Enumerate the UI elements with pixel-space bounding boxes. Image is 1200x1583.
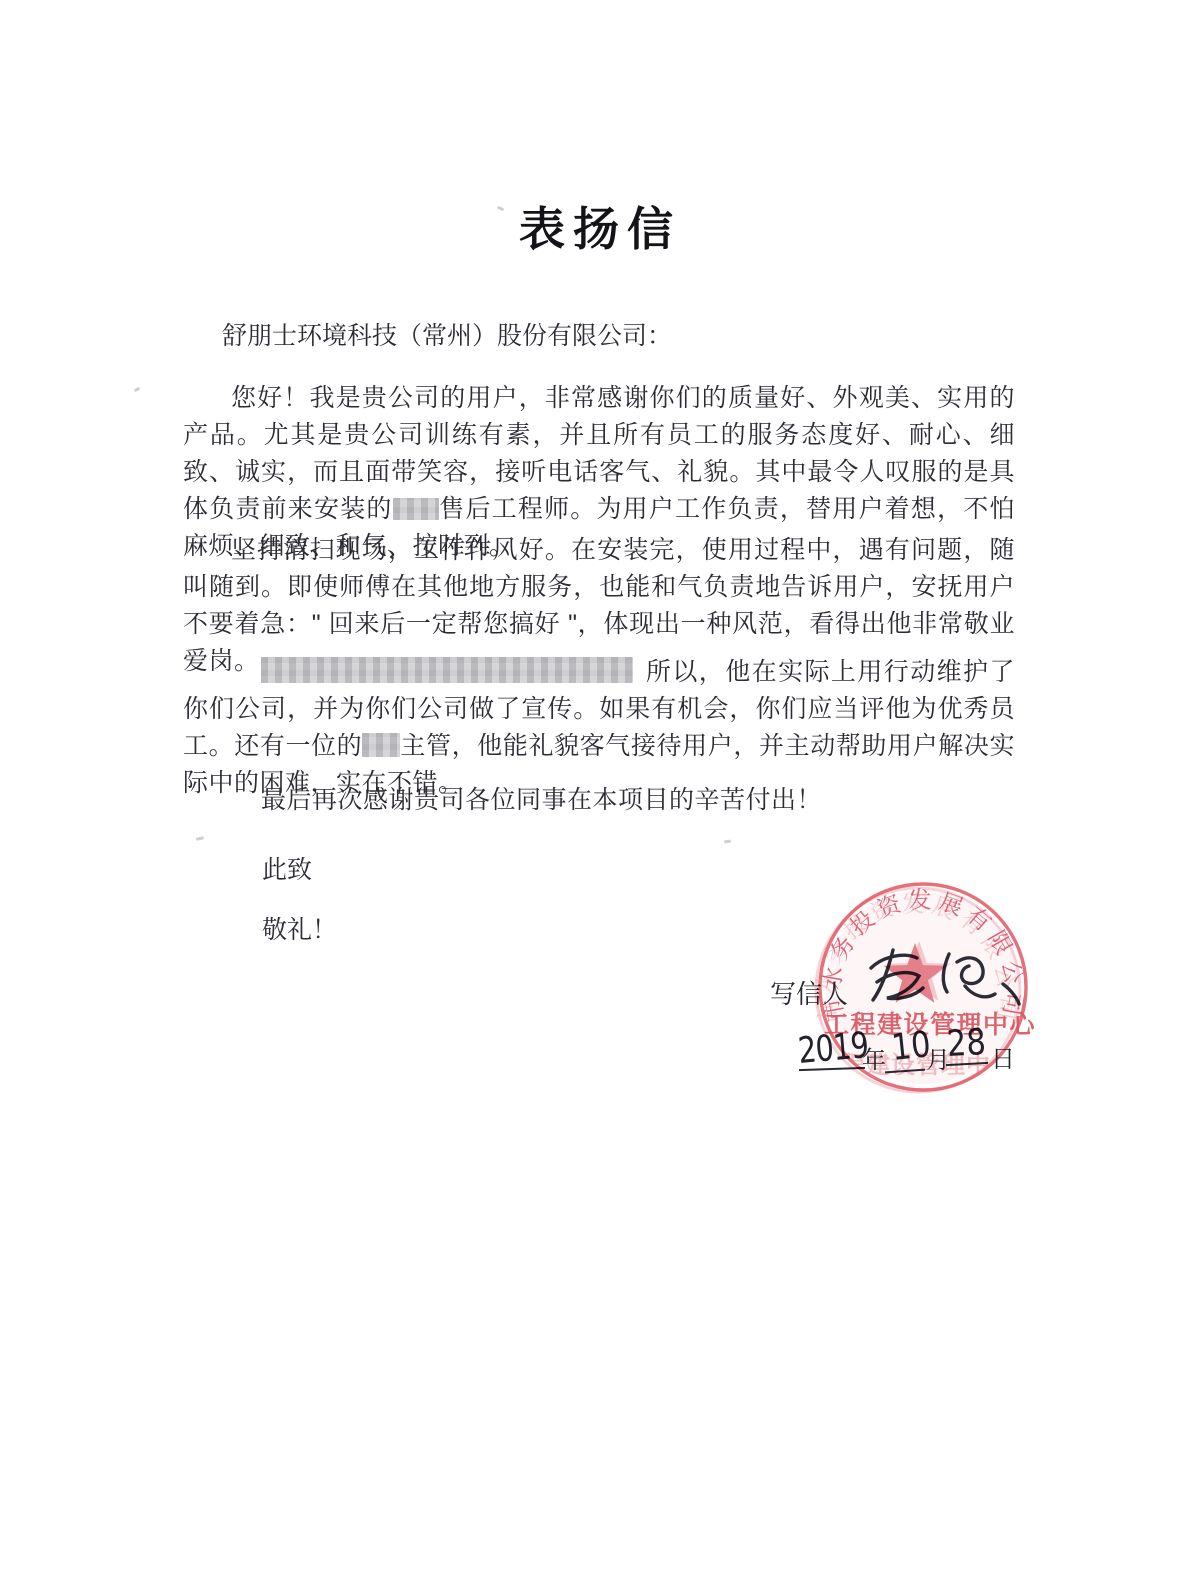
date-year-char: 年	[862, 1040, 886, 1075]
paragraph-3: 所以，他在实际上用行动维护了你们公司，并为你们公司做了宣传。如果有机会，你们应当…	[183, 654, 1015, 802]
closing-cizhi: 此致	[262, 850, 312, 886]
salutation: 舒朋士环境科技（常州）股份有限公司：	[222, 318, 672, 355]
letter-page: 表扬信 舒朋士环境科技（常州）股份有限公司： 您好！我是贵公司的用户，非常感谢你…	[0, 0, 1200, 1583]
redacted-block-3	[362, 733, 400, 757]
handwritten-signature	[865, 942, 1030, 1014]
date-day-number: 28	[946, 1022, 987, 1065]
paragraph-4: 最后再次感谢贵司各位同事在本项目的辛苦付出！	[183, 782, 1015, 819]
paragraph-4-text: 最后再次感谢贵司各位同事在本项目的辛苦付出！	[261, 786, 822, 814]
date-day-char: 日	[991, 1039, 1015, 1074]
redacted-block-1	[393, 498, 439, 520]
page-title: 表扬信	[0, 193, 1200, 259]
scan-speck	[134, 387, 141, 393]
scan-speck	[724, 840, 731, 844]
closing-jingli: 敬礼！	[262, 910, 337, 946]
redacted-block-2	[261, 657, 633, 683]
date-year-number: 2019	[796, 1025, 869, 1072]
scan-speck	[196, 836, 204, 841]
